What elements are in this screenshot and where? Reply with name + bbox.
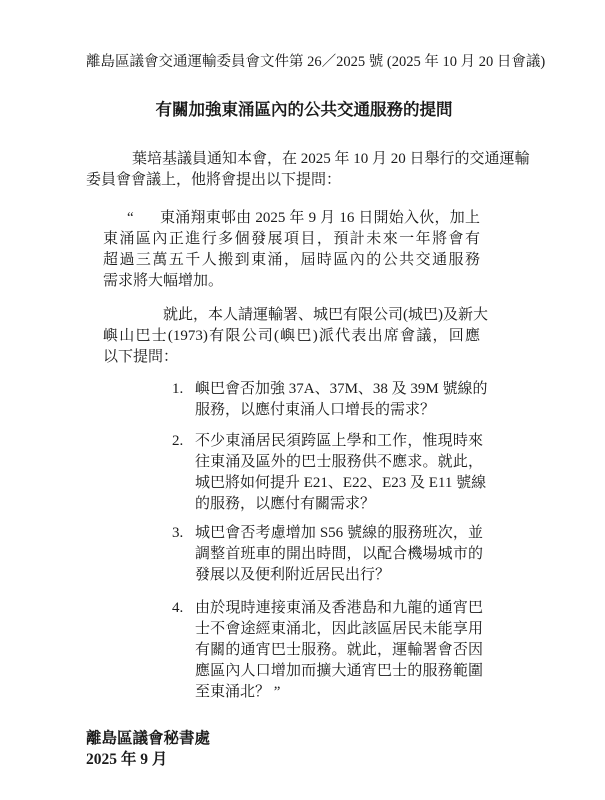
question-line: 有關的通宵巴士服務。就此，運輸署會否因 xyxy=(195,640,483,661)
doc-reference: 離島區議會交通運輸委員會文件第 26／2025 號 (2025 年 10 月 2… xyxy=(86,52,556,73)
question-line: 發展以及便利附近居民出行？ xyxy=(195,565,483,586)
intro-line: 葉培基議員通知本會，在 2025 年 10 月 20 日舉行的交通運輸 xyxy=(86,149,522,170)
question-line: 嶼巴會否加強 37A、37M、38 及 39M 號線的 xyxy=(195,379,483,400)
quote-paragraph-1: 東涌翔東邨由 2025 年 9 月 16 日開始入伙，加上 東涌區內正進行多個發… xyxy=(103,208,480,292)
intro-paragraph: 葉培基議員通知本會，在 2025 年 10 月 20 日舉行的交通運輸 委員會會… xyxy=(86,149,522,191)
quote-line: 東涌翔東邨由 2025 年 9 月 16 日開始入伙，加上 xyxy=(103,208,480,229)
intro-line: 委員會會議上，他將會提出以下提問： xyxy=(86,170,522,191)
question-line: 應區內人口增加而擴大通宵巴士的服務範圍 xyxy=(195,661,483,682)
question-line: 士不會途經東涌北，因此該區居民未能享用 xyxy=(195,619,483,640)
quote-line: 超過三萬五千人搬到東涌，屆時區內的公共交通服務 xyxy=(103,250,480,271)
question-number-3: 3. xyxy=(172,523,194,544)
question-line: 往東涌及區外的巴士服務供不應求。就此， xyxy=(195,452,483,473)
question-line: 城巴將如何提升 E21、E22、E23 及 E11 號線 xyxy=(195,473,483,494)
question-line: 至東涌北？ ” xyxy=(195,682,483,703)
quote-line: 嶼山巴士(1973)有限公司(嶼巴)派代表出席會議，回應 xyxy=(103,326,480,347)
quote-line: 就此，本人請運輸署、城巴有限公司(城巴)及新大 xyxy=(103,305,480,326)
question-line: 的服務，以應付有關需求？ xyxy=(195,494,483,515)
question-text-2: 不少東涌居民須跨區上學和工作，惟現時來 往東涌及區外的巴士服務供不應求。就此， … xyxy=(195,431,483,515)
doc-title: 有關加強東涌區內的公共交通服務的提問 xyxy=(86,99,522,120)
question-line: 不少東涌居民須跨區上學和工作，惟現時來 xyxy=(195,431,483,452)
quote-line: 以下提問： xyxy=(103,347,480,368)
quote-line: 需求將大幅增加。 xyxy=(103,271,480,292)
question-line: 服務，以應付東涌人口增長的需求？ xyxy=(195,400,483,421)
question-line: 城巴會否考慮增加 S56 號線的服務班次，並 xyxy=(195,523,483,544)
question-line: 由於現時連接東涌及香港島和九龍的通宵巴 xyxy=(195,598,483,619)
quote-paragraph-2: 就此，本人請運輸署、城巴有限公司(城巴)及新大 嶼山巴士(1973)有限公司(嶼… xyxy=(103,305,480,368)
doc-date: 2025 年 9 月 xyxy=(86,749,167,770)
question-number-1: 1. xyxy=(172,379,194,400)
document-page: 離島區議會交通運輸委員會文件第 26／2025 號 (2025 年 10 月 2… xyxy=(0,0,605,800)
question-number-2: 2. xyxy=(172,431,194,452)
secretariat-name: 離島區議會秘書處 xyxy=(86,728,210,749)
quote-line: 東涌區內正進行多個發展項目，預計未來一年將會有 xyxy=(103,229,480,250)
question-line: 調整首班車的開出時間，以配合機場城市的 xyxy=(195,544,483,565)
question-text-3: 城巴會否考慮增加 S56 號線的服務班次，並 調整首班車的開出時間，以配合機場城… xyxy=(195,523,483,586)
question-text-1: 嶼巴會否加強 37A、37M、38 及 39M 號線的 服務，以應付東涌人口增長… xyxy=(195,379,483,421)
question-text-4: 由於現時連接東涌及香港島和九龍的通宵巴 士不會途經東涌北，因此該區居民未能享用 … xyxy=(195,598,483,703)
question-number-4: 4. xyxy=(172,598,194,619)
